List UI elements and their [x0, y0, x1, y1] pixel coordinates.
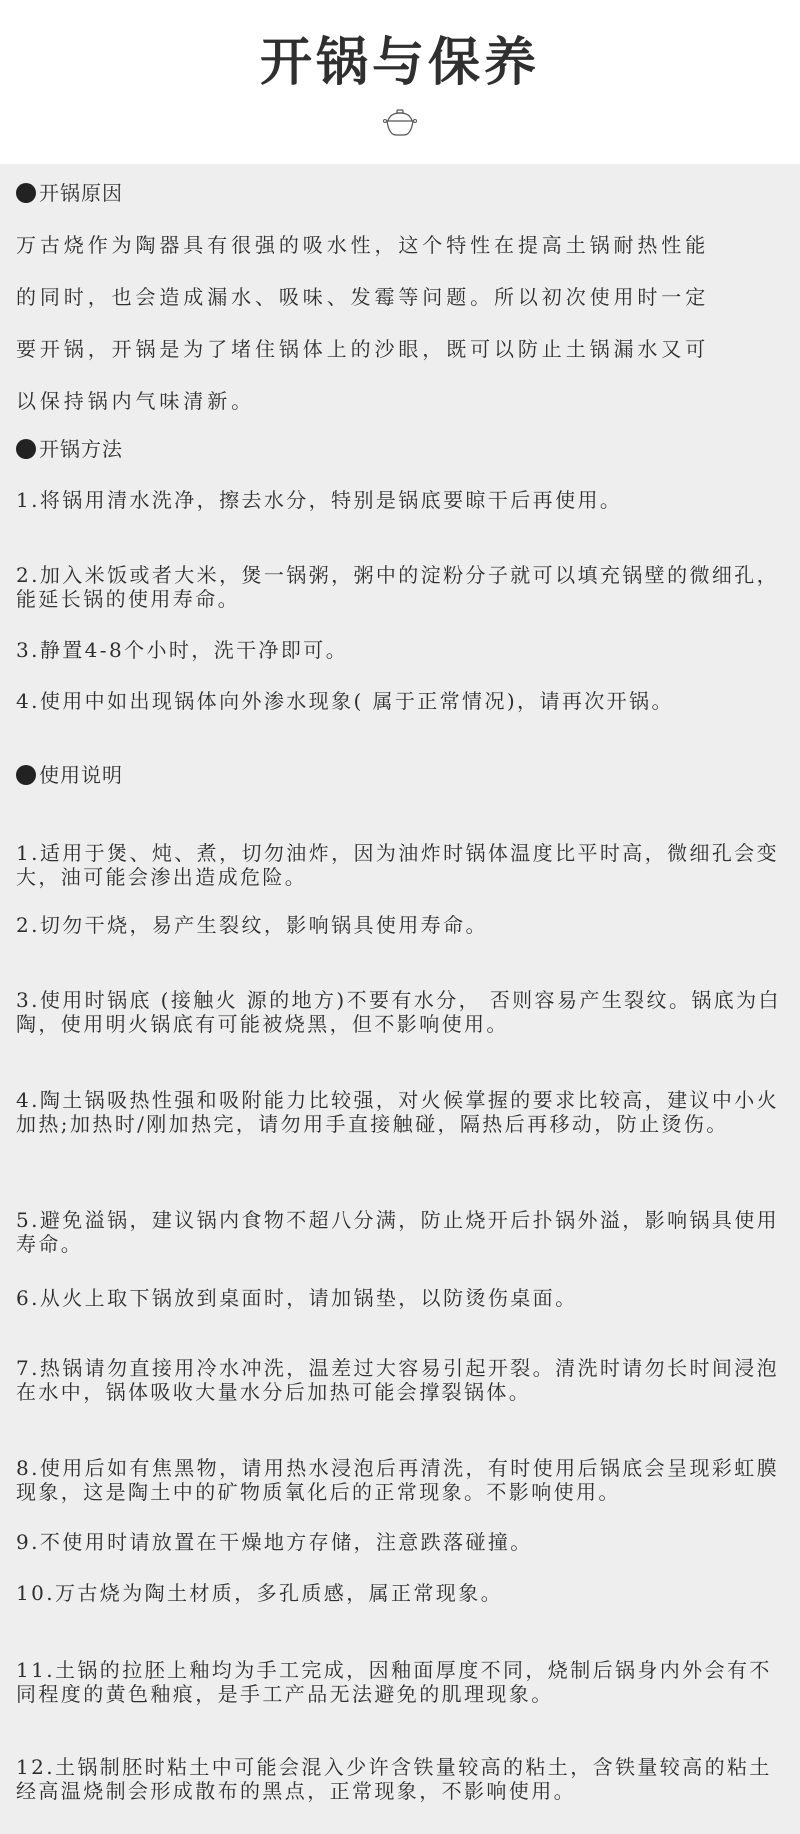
- bullet-icon: [16, 765, 36, 785]
- list-item: 9.不使用时请放置在干燥地方存储，注意跌落碰撞。: [16, 1530, 791, 1554]
- page-title: 开锅与保养: [0, 30, 800, 96]
- list-item: 2.加入米饭或者大米，煲一锅粥，粥中的淀粉分子就可以填充锅壁的微细孔，能延长锅的…: [16, 563, 791, 611]
- bullet-icon: [16, 183, 36, 203]
- list-item: 5.避免溢锅，建议锅内食物不超八分满，防止烧开后扑锅外溢，影响锅具使用寿命。: [16, 1208, 791, 1256]
- list-item: 4.陶土锅吸热性强和吸附能力比较强，对火候掌握的要求比较高，建议中小火加热;加热…: [16, 1088, 791, 1136]
- list-item: 4.使用中如出现锅体向外渗水现象( 属于正常情况)，请再次开锅。: [16, 689, 791, 713]
- reason-paragraph: 万古烧作为陶器具有很强的吸水性，这个特性在提高土锅耐热性能 的同时，也会造成漏水…: [16, 219, 716, 427]
- section-heading-usage: 使用说明: [16, 763, 788, 787]
- bullet-icon: [16, 439, 36, 459]
- list-item: 11.土锅的拉胚上釉均为手工完成，因釉面厚度不同，烧制后锅身内外会有不同程度的黄…: [16, 1658, 791, 1706]
- clay-pot-icon: [382, 108, 418, 138]
- paragraph-line: 的同时，也会造成漏水、吸味、发霉等问题。所以初次使用时一定: [16, 271, 716, 323]
- list-item: 1.适用于煲、炖、煮，切勿油炸，因为油炸时锅体温度比平时高，微细孔会变大，油可能…: [16, 841, 791, 889]
- paragraph-line: 万古烧作为陶器具有很强的吸水性，这个特性在提高土锅耐热性能: [16, 219, 716, 271]
- list-item: 2.切勿干烧，易产生裂纹，影响锅具使用寿命。: [16, 913, 791, 937]
- section-heading-reason: 开锅原因: [16, 181, 788, 205]
- section-heading-method: 开锅方法: [16, 437, 788, 461]
- list-item: 3.使用时锅底 (接触火 源的地方)不要有水分， 否则容易产生裂纹。锅底为白陶，…: [16, 988, 791, 1036]
- header: 开锅与保养: [0, 0, 800, 164]
- list-item: 6.从火上取下锅放到桌面时，请加锅垫，以防烫伤桌面。: [16, 1286, 791, 1310]
- list-item: 1.将锅用清水洗净，擦去水分，特别是锅底要晾干后再使用。: [16, 488, 791, 512]
- list-item: 7.热锅请勿直接用冷水冲洗，温差过大容易引起开裂。清洗时请勿长时间浸泡在水中，锅…: [16, 1356, 791, 1404]
- list-item: 12.土锅制胚时粘土中可能会混入少许含铁量较高的粘土，含铁量较高的粘土经高温烧制…: [16, 1755, 791, 1803]
- paragraph-line: 以保持锅内气味清新。: [16, 375, 716, 427]
- paragraph-line: 要开锅，开锅是为了堵住锅体上的沙眼，既可以防止土锅漏水又可: [16, 323, 716, 375]
- list-item: 10.万古烧为陶土材质，多孔质感，属正常现象。: [16, 1581, 791, 1605]
- list-item: 3.静置4-8个小时，洗干净即可。: [16, 638, 791, 662]
- list-item: 8.使用后如有焦黑物，请用热水浸泡后再清洗，有时使用后锅底会呈现彩虹膜现象，这是…: [16, 1456, 791, 1504]
